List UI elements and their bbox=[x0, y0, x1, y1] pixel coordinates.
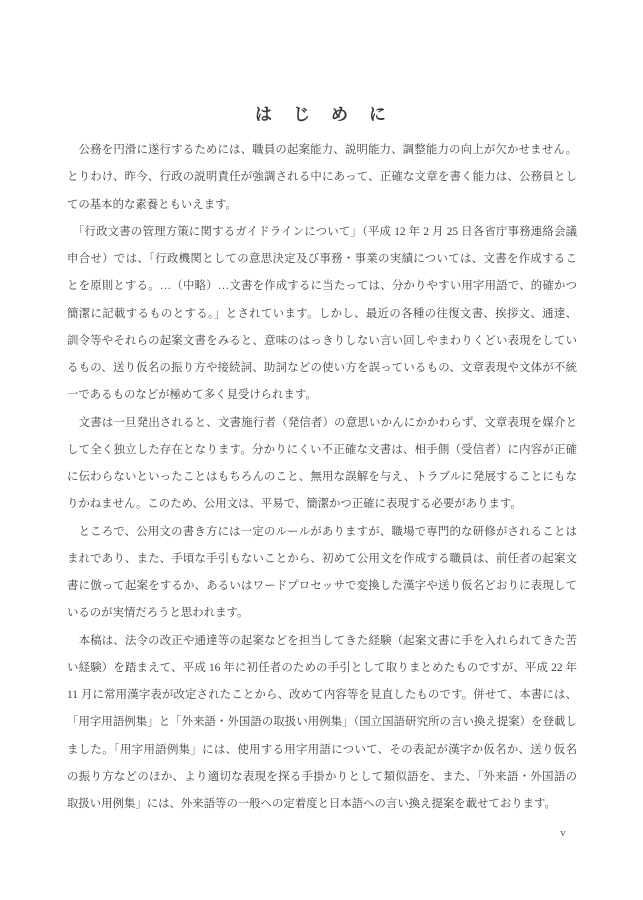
text-line: 一であるものなどが極めて多く見受けられます。 bbox=[67, 382, 577, 409]
page-number: v bbox=[554, 827, 572, 843]
text-line: 申合せ）では、「行政機関としての意思決定及び事務・事業の実績については、文書を作… bbox=[67, 246, 577, 273]
text-line: まれであり、また、手頃な手引もないことから、初めて公用文を作成する職員は、前任者… bbox=[67, 546, 577, 573]
page-title: は じ め に bbox=[0, 100, 643, 124]
text-line: 本稿は、法令の改正や通達等の起案などを担当してきた経験（起案文書に手を入れられて… bbox=[67, 628, 577, 655]
text-line: 「用字用語例集」と「外来語・外国語の取扱い用例集」（国立国語研究所の言い換え提案… bbox=[67, 709, 577, 736]
text-line: ました。「用字用語例集」には、使用する用字用語について、その表記が漢字か仮名か、… bbox=[67, 737, 577, 764]
text-line: 11 月に常用漢字表が改定されたことから、改めて内容等を見直したものです。併せて… bbox=[67, 682, 577, 709]
text-line: ところで、公用文の書き方には一定のルールがありますが、職場で専門的な研修がされる… bbox=[67, 519, 577, 546]
text-line: ての基本的な素養ともいえます。 bbox=[67, 192, 577, 219]
text-line: 訓令等やそれらの起案文書をみると、意味のはっきりしない言い回しやまわりくどい表現… bbox=[67, 328, 577, 355]
text-line: 「行政文書の管理方策に関するガイドラインについて」（平成 12 年 2 月 25… bbox=[67, 219, 577, 246]
text-line: 取扱い用例集」には、外来語等の一般への定着度と日本語への言い換え提案を載せており… bbox=[67, 791, 577, 818]
text-line: して全く独立した存在となります。分かりにくい不正確な文書は、相手側（受信者）に内… bbox=[67, 437, 577, 464]
text-line: 簡潔に記載するものとする。」とされています。しかし、最近の各種の往復文書、挨拶文… bbox=[67, 301, 577, 328]
text-line: に伝わらないといったことはもちろんのこと、無用な誤解を与え、トラブルに発展するこ… bbox=[67, 464, 577, 491]
text-line: い経験）を踏まえて、平成 16 年に初任者のための手引として取りまとめたものです… bbox=[67, 655, 577, 682]
text-line: とりわけ、昨今、行政の説明責任が強調される中にあって、正確な文章を書く能力は、公… bbox=[67, 164, 577, 191]
body-text: 公務を円滑に遂行するためには、職員の起案能力、説明能力、調整能力の向上が欠かせま… bbox=[67, 137, 577, 818]
text-line: とを原則とする。…（中略）…文書を作成するに当たっては、分かりやすい用字用語で、… bbox=[67, 273, 577, 300]
text-line: 公務を円滑に遂行するためには、職員の起案能力、説明能力、調整能力の向上が欠かせま… bbox=[67, 137, 577, 164]
text-line: の振り方などのほか、より適切な表現を探る手掛かりとして類似語を、また、「外来語・… bbox=[67, 764, 577, 791]
text-line: 書に倣って起案をするか、あるいはワードプロセッサで変換した漢字や送り仮名どおりに… bbox=[67, 573, 577, 600]
text-line: いるのが実情だろうと思われます。 bbox=[67, 600, 577, 627]
document-page: は じ め に 公務を円滑に遂行するためには、職員の起案能力、説明能力、調整能力… bbox=[0, 0, 643, 900]
text-line: りかねません。このため、公用文は、平易で、簡潔かつ正確に表現する必要があります。 bbox=[67, 491, 577, 518]
text-line: 文書は一旦発出されると、文書施行者（発信者）の意思いかんにかかわらず、文章表現を… bbox=[67, 410, 577, 437]
text-line: るもの、送り仮名の振り方や接続詞、助詞などの使い方を誤っているもの、文章表現や文… bbox=[67, 355, 577, 382]
